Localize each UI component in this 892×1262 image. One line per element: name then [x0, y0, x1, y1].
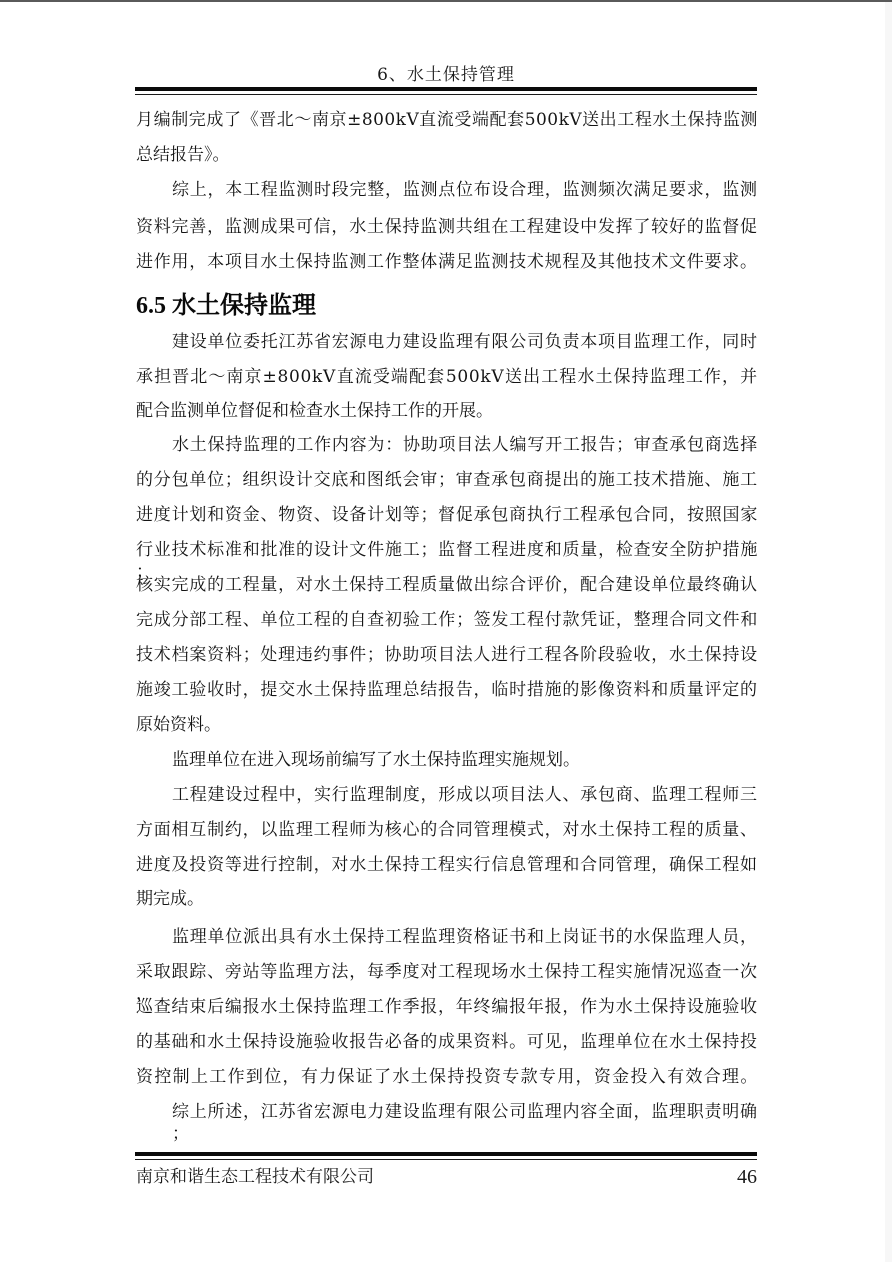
text-line-content: 巡​ 查​ 结​ 束​ 后​ 编​ 报​ 水​ 土​ 保​ 持​ 监​ 理​ 工…: [136, 996, 757, 1018]
text-line-content: 资​ 控​ 制​ 上​ 工​ 作​ 到​ 位​ ，​ 有​ 力​ 保​ 证​ 了…: [136, 1066, 757, 1088]
text-line: 监理单位在进入现场前编写了水土保持监理实施规划。: [172, 749, 757, 771]
text-line: 建​ 设​ 单​ 位​ 委​ 托​ 江​ 苏​ 省​ 宏​ 源​ 电​ 力​ 建…: [172, 331, 757, 353]
text-line: 完​ 成​ 分​ 部​ 工​ 程​ 、​ 单​ 位​ 工​ 程​ 的​ 自​ 查…: [136, 609, 757, 631]
text-line: 监​ 理​ 单​ 位​ 派​ 出​ 具​ 有​ 水​ 土​ 保​ 持​ 工​ 程…: [172, 926, 757, 948]
text-line-content: 水​ 土​ 保​ 持​ 监​ 理​ 的​ 工​ 作​ 内​ 容​ 为​ ：​ 协…: [172, 434, 757, 456]
footer-rule-thick: [135, 1152, 757, 1156]
text-line: 方​ 面​ 相​ 互​ 制​ 约​ ，​ 以​ 监​ 理​ 工​ 程​ 师​ 为…: [136, 819, 757, 841]
text-line: 总结报告》。: [136, 144, 757, 166]
page-footer: 南京和谐生态工程技术有限公司 46: [135, 1152, 757, 1192]
text-line-content: 进​ 作​ 用​ ，​ 本​ 项​ 目​ 水​ 土​ 保​ 持​ 监​ 测​ 工…: [136, 251, 757, 273]
text-line-content: 技​ 术​ 档​ 案​ 资​ 料​ ；​ 处​ 理​ 违​ 约​ 事​ 件​ ；…: [136, 644, 757, 666]
text-line: 技​ 术​ 档​ 案​ 资​ 料​ ；​ 处​ 理​ 违​ 约​ 事​ 件​ ；…: [136, 644, 757, 666]
text-line-content: 配合监测单位督促和检查水土保持工作的开展。: [136, 400, 757, 422]
text-line: 期完成。: [136, 888, 757, 910]
page-right-edge: [885, 2, 892, 1262]
text-line: 配合监测单位督促和检查水土保持工作的开展。: [136, 400, 757, 422]
text-line-content: 期完成。: [136, 888, 757, 910]
section-heading: 6.5 水土保持监理: [136, 291, 316, 321]
text-line: 巡​ 查​ 结​ 束​ 后​ 编​ 报​ 水​ 土​ 保​ 持​ 监​ 理​ 工…: [136, 996, 757, 1018]
text-line-content: 工​ 程​ 建​ 设​ 过​ 程​ 中​ ，​ 实​ 行​ 监​ 理​ 制​ 度…: [172, 784, 757, 806]
page-header: 6、水土保持管理: [135, 62, 757, 98]
text-line: 资​ 控​ 制​ 上​ 工​ 作​ 到​ 位​ ，​ 有​ 力​ 保​ 证​ 了…: [136, 1066, 757, 1088]
footer-rule-thin: [135, 1159, 757, 1160]
text-line-content: 原始资料。: [136, 714, 757, 736]
text-line: 进​ 度​ 及​ 投​ 资​ 等​ 进​ 行​ 控​ 制​ ，​ 对​ 水​ 土…: [136, 854, 757, 876]
text-line: 采​ 取​ 跟​ 踪​ 、​ 旁​ 站​ 等​ 监​ 理​ 方​ 法​ ，​ 每…: [136, 961, 757, 983]
text-line-content: 施​ 竣​ 工​ 验​ 收​ 时​ ，​ 提​ 交​ 水​ 土​ 保​ 持​ 监…: [136, 679, 757, 701]
text-line-content: 方​ 面​ 相​ 互​ 制​ 约​ ，​ 以​ 监​ 理​ 工​ 程​ 师​ 为…: [136, 819, 757, 841]
text-line: 原始资料。: [136, 714, 757, 736]
text-line-content: 建​ 设​ 单​ 位​ 委​ 托​ 江​ 苏​ 省​ 宏​ 源​ 电​ 力​ 建…: [172, 331, 757, 353]
text-line-content: 综​ 上​ 所​ 述​ ，​ 江​ 苏​ 省​ 宏​ 源​ 电​ 力​ 建​ 设…: [172, 1101, 757, 1145]
text-line-content: 进​ 度​ 及​ 投​ 资​ 等​ 进​ 行​ 控​ 制​ ，​ 对​ 水​ 土…: [136, 854, 757, 876]
text-line: 行​ 业​ 技​ 术​ 标​ 准​ 和​ 批​ 准​ 的​ 设​ 计​ 文​ 件…: [136, 539, 757, 561]
text-line-content: 完​ 成​ 分​ 部​ 工​ 程​ 、​ 单​ 位​ 工​ 程​ 的​ 自​ 查…: [136, 609, 757, 631]
footer-company: 南京和谐生态工程技术有限公司: [136, 1166, 374, 1188]
text-line: 进​ 度​ 计​ 划​ 和​ 资​ 金​ 、​ 物​ 资​ 、​ 设​ 备​ 计…: [136, 504, 757, 526]
page-top-edge: [0, 0, 892, 2]
page-number: 46: [737, 1166, 757, 1188]
text-line-content: 承​ 担​ 晋​ 北​ ～​ 南​ 京​ ±​ 8​ 0​ 0​ k​ V​ ​…: [136, 366, 757, 388]
text-line: 工​ 程​ 建​ 设​ 过​ 程​ 中​ ，​ 实​ 行​ 监​ 理​ 制​ 度…: [172, 784, 757, 806]
text-line: 月​ 编​ 制​ 完​ 成​ 了​ 《​ 晋​ 北​ ～​ 南​ 京​ ±​ 8…: [136, 109, 757, 131]
text-line: 综​ 上​ ，​ 本​ 工​ 程​ 监​ 测​ 时​ 段​ 完​ 整​ ，​ 监…: [172, 179, 757, 201]
text-line-content: 的​ 分​ 包​ 单​ 位​ ；​ 组​ 织​ 设​ 计​ 交​ 底​ 和​ 图…: [136, 469, 757, 491]
text-line: 资​ 料​ 完​ 善​ ，​ 监​ 测​ 成​ 果​ 可​ 信​ ，​ 水​ 土…: [136, 216, 757, 238]
text-line-content: 综​ 上​ ，​ 本​ 工​ 程​ 监​ 测​ 时​ 段​ 完​ 整​ ，​ 监…: [172, 179, 757, 201]
header-title: 6、水土保持管理: [135, 62, 757, 88]
text-line: 承​ 担​ 晋​ 北​ ～​ 南​ 京​ ±​ 8​ 0​ 0​ k​ V​ ​…: [136, 366, 757, 388]
text-line: 进​ 作​ 用​ ，​ 本​ 项​ 目​ 水​ 土​ 保​ 持​ 监​ 测​ 工…: [136, 251, 757, 273]
text-line: 的​ 基​ 础​ 和​ 水​ 土​ 保​ 持​ 设​ 施​ 验​ 收​ 报​ 告…: [136, 1031, 757, 1053]
text-line: 核​ 实​ 完​ 成​ 的​ 工​ 程​ 量​ ，​ 对​ 水​ 土​ 保​ 持…: [136, 574, 757, 596]
text-line-content: 总结报告》。: [136, 144, 757, 166]
text-line-content: 监​ 理​ 单​ 位​ 派​ 出​ 具​ 有​ 水​ 土​ 保​ 持​ 工​ 程…: [172, 926, 757, 948]
header-rule-thick: [135, 87, 757, 91]
text-line: 的​ 分​ 包​ 单​ 位​ ；​ 组​ 织​ 设​ 计​ 交​ 底​ 和​ 图…: [136, 469, 757, 491]
text-line: 综​ 上​ 所​ 述​ ，​ 江​ 苏​ 省​ 宏​ 源​ 电​ 力​ 建​ 设…: [172, 1101, 757, 1123]
text-line-content: 进​ 度​ 计​ 划​ 和​ 资​ 金​ 、​ 物​ 资​ 、​ 设​ 备​ 计…: [136, 504, 757, 526]
header-rule-thin: [135, 94, 757, 95]
text-line-content: 监理单位在进入现场前编写了水土保持监理实施规划。: [172, 749, 757, 771]
text-line: 水​ 土​ 保​ 持​ 监​ 理​ 的​ 工​ 作​ 内​ 容​ 为​ ：​ 协…: [172, 434, 757, 456]
text-line-content: 的​ 基​ 础​ 和​ 水​ 土​ 保​ 持​ 设​ 施​ 验​ 收​ 报​ 告…: [136, 1031, 757, 1053]
text-line-content: 核​ 实​ 完​ 成​ 的​ 工​ 程​ 量​ ，​ 对​ 水​ 土​ 保​ 持…: [136, 574, 757, 596]
text-line: 施​ 竣​ 工​ 验​ 收​ 时​ ，​ 提​ 交​ 水​ 土​ 保​ 持​ 监…: [136, 679, 757, 701]
text-line-content: 资​ 料​ 完​ 善​ ，​ 监​ 测​ 成​ 果​ 可​ 信​ ，​ 水​ 土…: [136, 216, 757, 238]
text-line-content: 月​ 编​ 制​ 完​ 成​ 了​ 《​ 晋​ 北​ ～​ 南​ 京​ ±​ 8…: [136, 109, 757, 131]
